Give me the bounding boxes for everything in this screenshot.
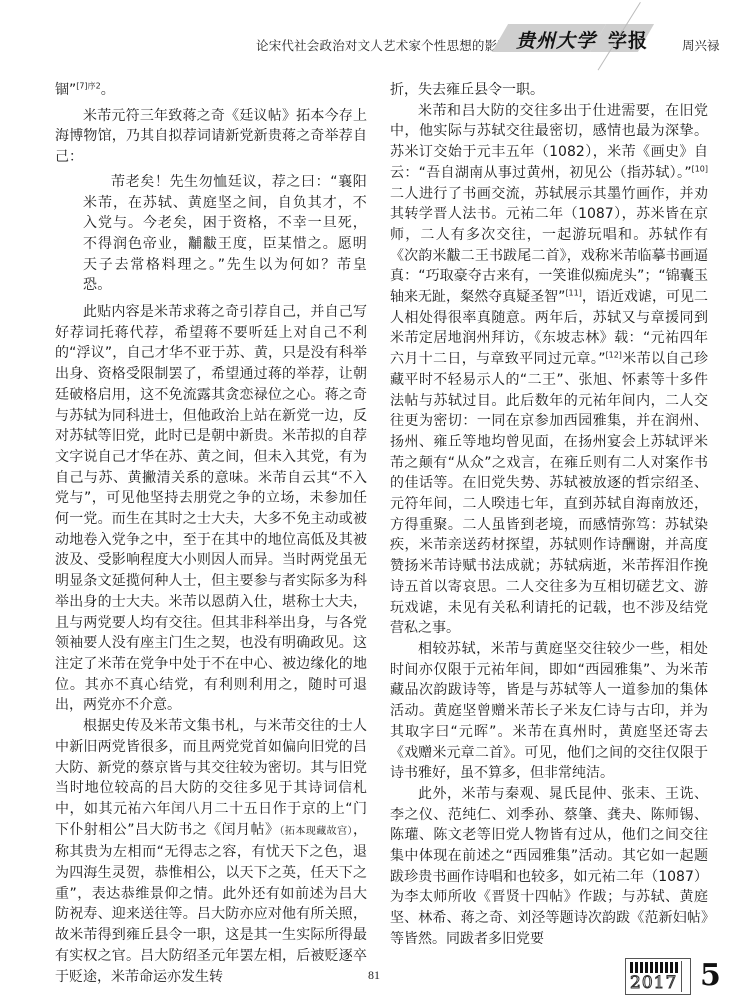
right-column: 折，失去雍丘县令一职。 米芾和吕大防的交往多出于仕进需要，在旧党中，他实际与苏轼… [390, 80, 708, 950]
logo-divider [681, 961, 682, 992]
paragraph-text: ，称其贵为左相而“无得志之容，有忧天下之色，退为四海生灵贺，恭惟相公，以天下之英… [55, 822, 367, 985]
page-header: 论宋代社会政治对文人艺术家个性思想的影响 贵州大学 学报 周兴禄 [0, 0, 750, 60]
journal-logo: 贵州大学 学报 [492, 24, 667, 52]
paragraph: 米芾元符三年致蒋之奇《廷议帖》拓本今存上海博物馆，乃其自拟荐词请新党新贵蒋之奇举… [55, 106, 367, 168]
citation: [11] [565, 288, 581, 297]
paragraph: 米芾和吕大防的交往多出于仕进需要，在旧党中，他实际与苏轼交往最密切，感情也最为深… [390, 101, 708, 639]
page-number: 81 [368, 968, 380, 983]
fragment-end: 。 [101, 82, 115, 98]
left-column: 锢”[7]序2。 米芾元符三年致蒋之奇《廷议帖》拓本今存上海博物馆，乃其自拟荐词… [55, 80, 367, 987]
continued-fragment: 折，失去雍丘县令一职。 [390, 80, 708, 101]
paragraph-text: 米芾和吕大防的交往多出于仕进需要，在旧党中，他实际与苏轼交往最密切，感情也最为深… [390, 103, 708, 181]
block-quote: 芾老矣！先生勿恤廷议，荐之曰：“襄阳米芾，在苏轼、黄庭坚之间，自负其才，不入党与… [55, 172, 367, 296]
paragraph: 此贴内容是米芾求蒋之奇引荐自己，并自己写好荐词托蒋代荐，希望蒋不要听廷上对自己不… [55, 302, 367, 716]
fragment-text: 锢” [55, 82, 76, 98]
paragraph-text: 二人进行了书画交流，苏轼展示其墨竹画作，并劝其转学晋人法书。元祐二年（1087）… [390, 186, 708, 306]
running-article-title: 论宋代社会政治对文人艺术家个性思想的影响 [256, 36, 510, 54]
issue-number: 5 [700, 958, 721, 994]
journal-suffix: 学报 [608, 26, 648, 53]
paragraph: 根据史传及米芾文集书札，与米芾交往的士人中新旧两党皆很多，而且两党党首如偏向旧党… [55, 716, 367, 987]
paragraph-text: 根据史传及米芾文集书札，与米芾交往的士人中新旧两党皆很多，而且两党党首如偏向旧党… [55, 718, 367, 838]
citation: [7]序2 [76, 81, 100, 90]
logo-year: 2017 [630, 973, 677, 993]
journal-issue-logo: 2017 [625, 958, 691, 995]
inline-note: （拓本现藏故宫） [279, 826, 353, 837]
citation: [12] [605, 350, 621, 359]
paragraph-text: 米芾以自己珍藏平时不轻易示人的“二王”、张旭、怀素等十多件法帖与苏轼过目。此后数… [390, 351, 708, 636]
citation: [10] [692, 164, 708, 173]
running-author: 周兴禄 [682, 36, 720, 54]
continued-fragment: 锢”[7]序2。 [55, 80, 367, 101]
paragraph: 相较苏轼，米芾与黄庭坚交往较少一些，相处时间亦仅限于元祐年间，即如“西园雅集”、… [390, 639, 708, 784]
journal-name: 贵州大学 [516, 26, 596, 53]
logo-glyph-bars [630, 962, 678, 973]
paragraph: 此外，米芾与秦观、晁氏昆仲、张耒、王诜、李之仪、范纯仁、刘季孙、蔡肇、龚夬、陈师… [390, 784, 708, 950]
